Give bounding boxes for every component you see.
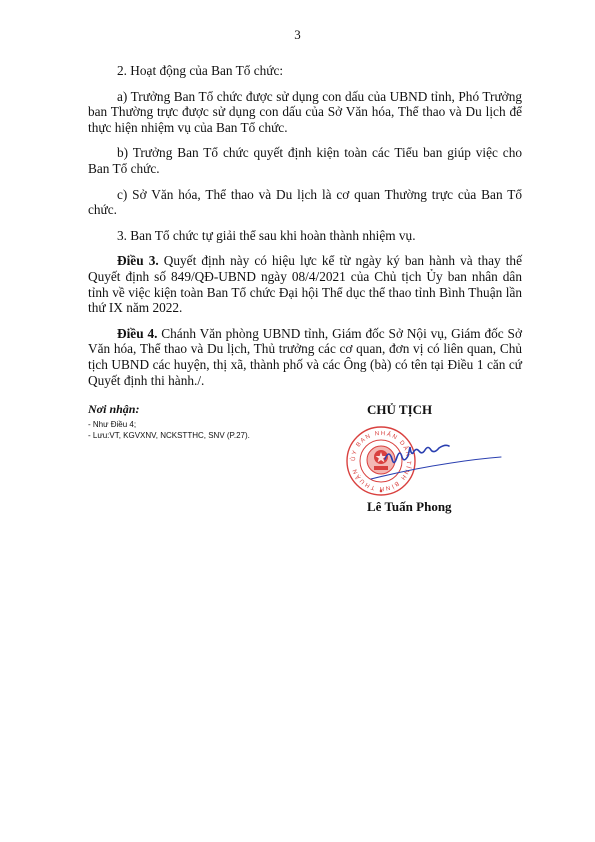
- paragraph-dissolution: 3. Ban Tổ chức tự giải thể sau khi hoàn …: [88, 228, 522, 244]
- article-4: Điều 4. Chánh Văn phòng UBND tỉnh, Giám …: [88, 326, 522, 388]
- paragraph-seal-usage: a) Trưởng Ban Tổ chức được sử dụng con d…: [88, 89, 522, 136]
- article-3-label: Điều 3.: [117, 253, 159, 268]
- recipients-block: Nơi nhận: - Như Điều 4; - Lưu:VT, KGVXNV…: [88, 402, 250, 441]
- page-number: 3: [0, 27, 595, 43]
- paragraph-standing-agency: c) Sở Văn hóa, Thể thao và Du lịch là cơ…: [88, 187, 522, 218]
- recipient-item: - Lưu:VT, KGVXNV, NCKSTTHC, SNV (P.27).: [88, 430, 250, 441]
- recipient-item: - Như Điều 4;: [88, 419, 250, 430]
- recipients-title: Nơi nhận:: [88, 402, 250, 417]
- handwritten-signature-icon: [365, 437, 505, 482]
- signer-role: CHỦ TỊCH: [367, 402, 432, 418]
- article-3: Điều 3. Quyết định này có hiệu lực kể từ…: [88, 253, 522, 315]
- paragraph-subcommittees: b) Trưởng Ban Tổ chức quyết định kiện to…: [88, 145, 522, 176]
- document-body: 2. Hoạt động của Ban Tổ chức: a) Trưởng …: [88, 63, 522, 398]
- article-4-label: Điều 4.: [117, 326, 157, 341]
- signer-name: Lê Tuấn Phong: [367, 499, 452, 515]
- paragraph-activities-heading: 2. Hoạt động của Ban Tổ chức:: [88, 63, 522, 79]
